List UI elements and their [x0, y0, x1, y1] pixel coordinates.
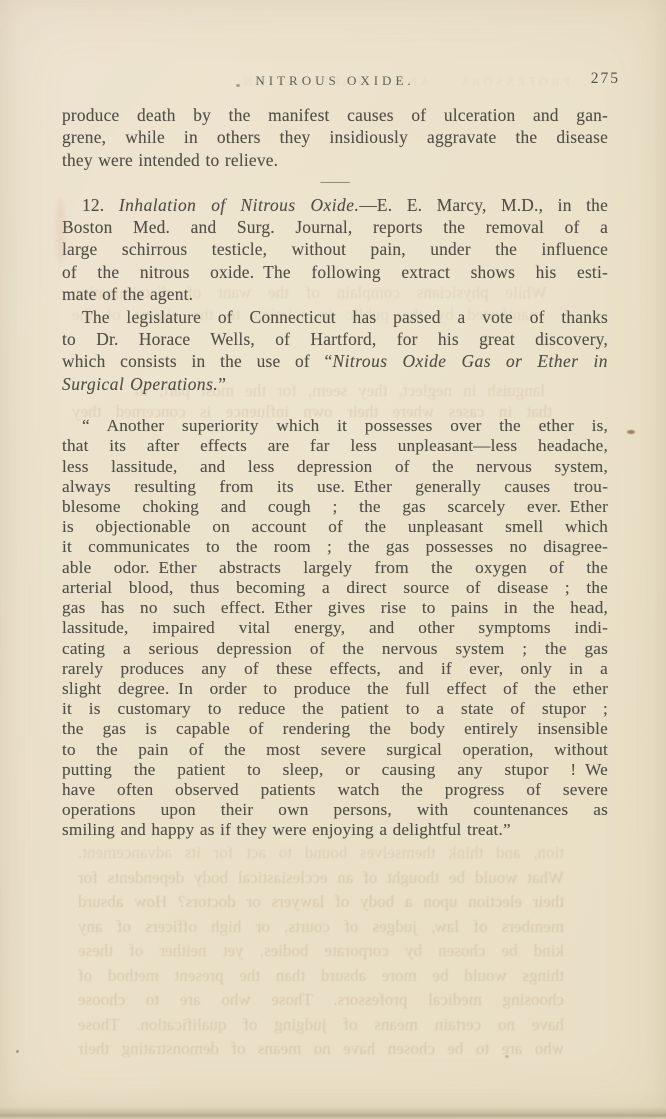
text-line: arterial blood, thus becoming a direct s… [62, 578, 608, 598]
text-line: to Dr. Horace Wells, of Hartford, for hi… [62, 328, 608, 350]
bleedthrough-line: kind be chosen by corporate bodies, yet … [78, 941, 564, 963]
continuation-paragraph: produce death by the manifest causes of … [62, 104, 608, 171]
text-line: of the nitrous oxide. The following extr… [62, 261, 608, 283]
bleedthrough-line: their election upon a body of lawyers or… [78, 892, 564, 914]
text-line: they were intended to relieve. [62, 149, 608, 171]
text-line: it communicates to the room ; the gas po… [62, 537, 608, 557]
text-line: able odor. Ether abstracts largely from … [62, 558, 608, 578]
text-line: operations upon their own persons, with … [62, 800, 608, 820]
text-line: the gas is capable of rendering the body… [62, 719, 608, 739]
text-line: produce death by the manifest causes of … [62, 104, 608, 126]
paper-speck [627, 430, 635, 434]
bleedthrough-line: members of law, judges of courts, or hig… [78, 917, 564, 939]
legislature-paragraph: The legislature of Connecticut has passe… [62, 306, 608, 396]
bleedthrough-line: tion, and think themselves bound to act … [78, 843, 564, 865]
text-line: Boston Med. and Surg. Journal, reports t… [62, 216, 608, 238]
text-line: less lassitude, and less depression of t… [62, 457, 608, 477]
paper-speck [16, 1050, 19, 1053]
text-line: putting the patient to sleep, or causing… [62, 760, 608, 780]
text-line: Surgical Operations.” [62, 373, 608, 395]
bleedthrough-line: who are to be chosen have no means of de… [78, 1039, 564, 1061]
text-line: grene, while in others they insidiously … [62, 126, 608, 148]
extract-quote-paragraph: “ Another superiority which it possesses… [62, 416, 608, 840]
running-head-title: NITROUS OXIDE. [62, 73, 608, 89]
text-line: smiling and happy as if they were enjoyi… [62, 820, 608, 840]
page-bottom-edge [0, 1107, 666, 1119]
text-line: cating a serious depression of the nervo… [62, 639, 608, 659]
text-line: is objectionable on account of the unple… [62, 517, 608, 537]
bleedthrough-line: choosing medical professors. Those who a… [78, 990, 564, 1012]
body-text-block: produce death by the manifest causes of … [62, 104, 608, 841]
text-line: blesome choking and cough ; the gas scar… [62, 497, 608, 517]
text-line: rarely produces any of these effects, an… [62, 659, 608, 679]
bleedthrough-line: have no certain means of judging of qual… [78, 1015, 564, 1037]
text-line: lassitude, impaired vital energy, and ot… [62, 618, 608, 638]
text-line: mate of the agent. [62, 283, 608, 305]
text-line: 12. Inhalation of Nitrous Oxide.—E. E. M… [62, 194, 608, 216]
text-line: which consists in the use of “Nitrous Ox… [62, 350, 608, 372]
text-line: The legislature of Connecticut has passe… [62, 306, 608, 328]
running-head: NITROUS OXIDE. 275 [62, 73, 608, 95]
text-line: have often observed patients watch the p… [62, 780, 608, 800]
page-number: 275 [591, 70, 620, 88]
paper-speck [236, 84, 240, 87]
text-line: it is customary to reduce the patient to… [62, 699, 608, 719]
text-line: “ Another superiority which it possesses… [62, 416, 608, 436]
paper-speck [56, 198, 66, 264]
text-line: large schirrous testicle, without pain, … [62, 238, 608, 260]
text-line: that its after effects are far less unpl… [62, 436, 608, 456]
item-12-paragraph: 12. Inhalation of Nitrous Oxide.—E. E. M… [62, 194, 608, 306]
text-line: gas has no such effect. Ether gives rise… [62, 598, 608, 618]
bleedthrough-line: things would be more absurd than the pre… [78, 966, 564, 988]
scanned-book-page: PROFESSORS AND PREPARATIONWhile physicia… [0, 0, 666, 1119]
paper-speck [505, 1055, 509, 1058]
text-line: slight degree. In order to produce the f… [62, 679, 608, 699]
divider-rule: — [321, 174, 350, 191]
section-divider: — [62, 171, 608, 193]
text-line: to the pain of the most severe surgical … [62, 740, 608, 760]
bleedthrough-line: What would be thought of an ecclesiastic… [78, 868, 564, 890]
text-line: always resulting from its use. Ether gen… [62, 477, 608, 497]
